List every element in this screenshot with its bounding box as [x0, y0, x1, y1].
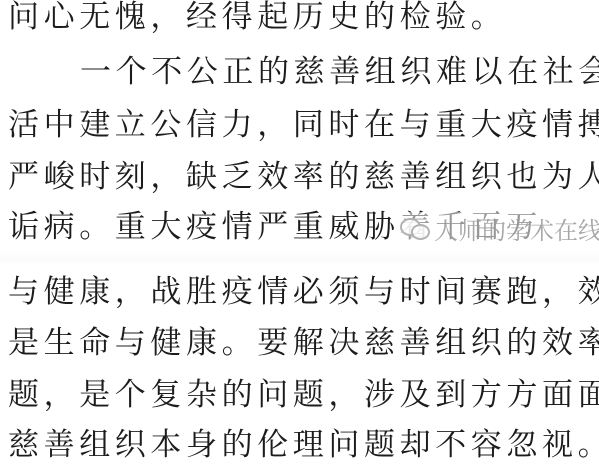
text-line-1: 问心无愧，经得起历史的检验。 [8, 0, 506, 37]
text-line-3: 活中建立公信力，同时在与重大疫情搏斗的 [8, 105, 599, 145]
wechat-icon [400, 216, 430, 240]
text-line-9: 慈善组织本身的伦理问题却不容忽视。 [8, 425, 599, 464]
document-page: 问心无愧，经得起历史的检验。 一个不公正的慈善组织难以在社会生 活中建立公信力，… [0, 0, 599, 464]
watermark-text: 人师的学术在线 [434, 211, 599, 246]
text-line-2-paragraph-start: 一个不公正的慈善组织难以在社会生 [80, 52, 599, 92]
text-line-7: 是生命与健康。要解决慈善组织的效率问 [8, 323, 599, 363]
text-line-8: 题，是个复杂的问题，涉及到方方面面，但 [8, 375, 599, 415]
image-stitch-seam [0, 252, 599, 266]
watermark: 人师的学术在线 [400, 212, 599, 244]
text-line-4: 严峻时刻，缺乏效率的慈善组织也为人们所 [8, 157, 599, 197]
text-line-6: 与健康，战胜疫情必须与时间赛跑，效率就 [8, 272, 599, 312]
